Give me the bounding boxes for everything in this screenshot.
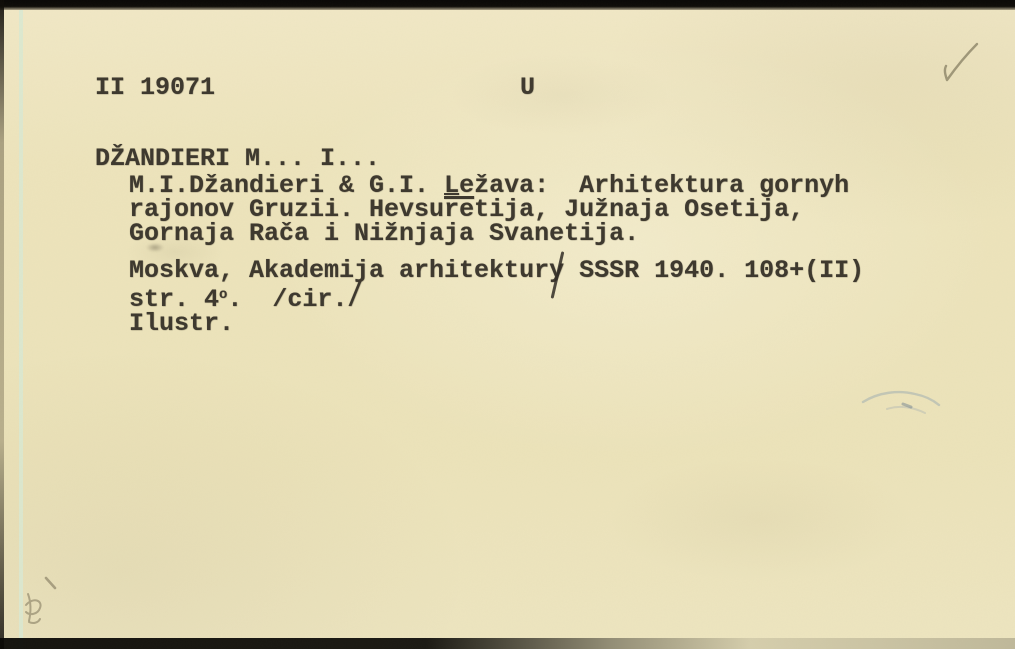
scan-edge-left (0, 0, 4, 649)
author-heading: DŽANDIERI M... I... (95, 147, 380, 171)
filing-letter: U (520, 76, 535, 100)
pencil-checkmark-icon (925, 40, 983, 90)
card-margin-rule (19, 10, 23, 649)
ink-smudge (146, 243, 164, 252)
title-statement: M.I.Džandieri & G.I. Ležava: Arhitektura… (129, 174, 849, 246)
blue-pencil-scribble-icon (855, 382, 947, 418)
pencil-monogram-icon (18, 572, 70, 628)
call-number: II 19071 (95, 76, 215, 100)
scan-edge-bottom (0, 638, 1015, 649)
catalog-card-scan: II 19071 U DŽANDIERI M... I... M.I.Džand… (0, 0, 1015, 649)
scan-edge-top (0, 0, 1015, 10)
imprint-statement: Moskva, Akademija arhitektury SSSR 1940.… (129, 259, 864, 336)
